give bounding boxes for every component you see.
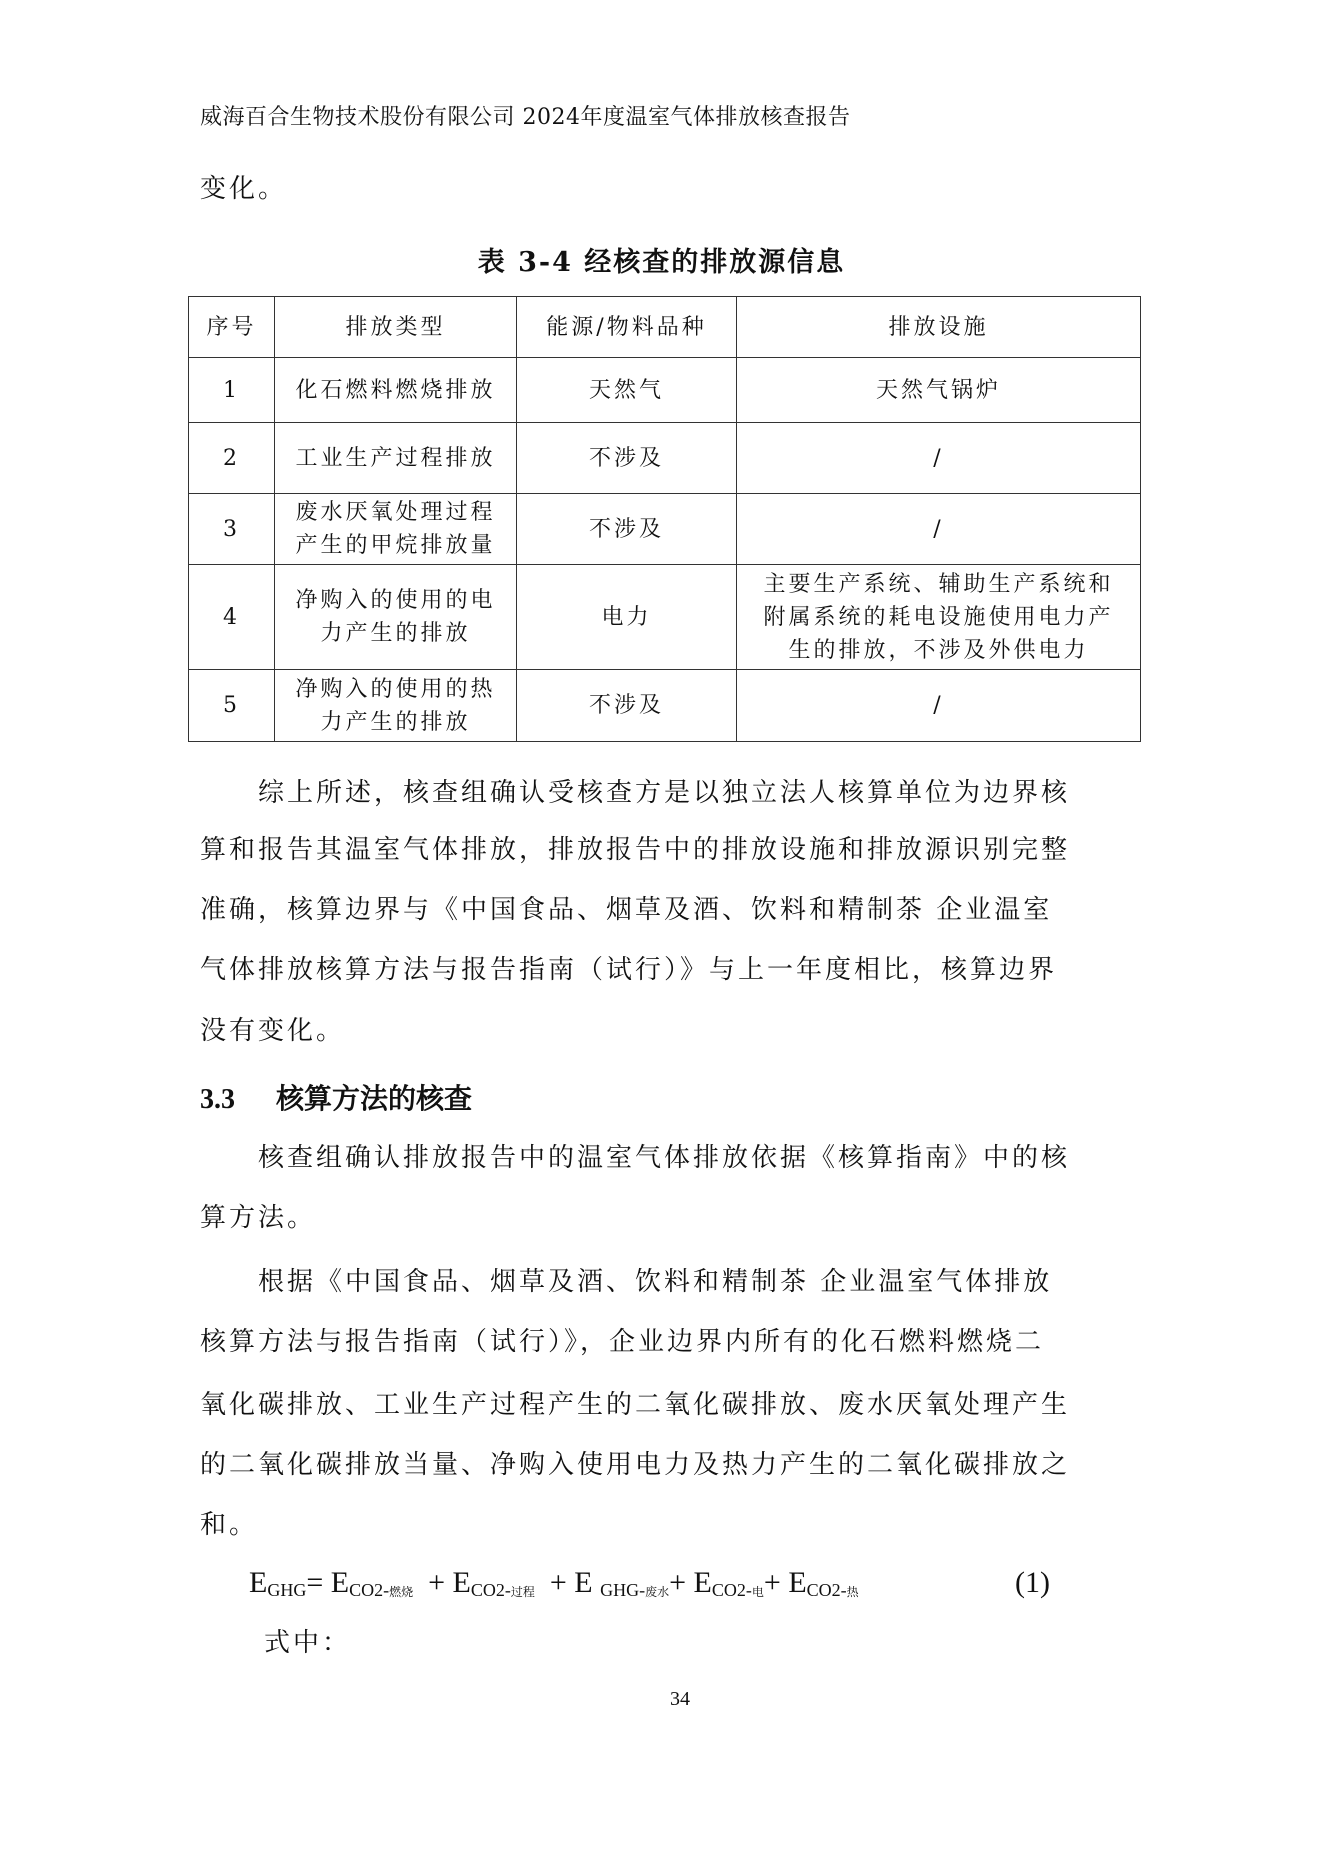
emission-source-table: 序号 排放类型 能源/物料品种 排放设施 1 化石燃料燃烧排放 天然气 天然气锅… <box>188 296 1141 742</box>
paragraph-line: 根据《中国食品、烟草及酒、饮料和精制茶 企业温室气体排放 <box>258 1267 1052 1297</box>
cell-type: 化石燃料燃烧排放 <box>275 358 517 423</box>
running-header: 威海百合生物技术股份有限公司 2024年度温室气体排放核查报告 <box>200 100 850 131</box>
paragraph-line: 核查组确认排放报告中的温室气体排放依据《核算指南》中的核 <box>258 1143 1070 1173</box>
cell-facility: / <box>737 494 1141 565</box>
paragraph-line: 算方法。 <box>200 1203 316 1233</box>
cell-type: 废水厌氧处理过程产生的甲烷排放量 <box>275 494 517 565</box>
paragraph-line: 的二氧化碳排放当量、净购入使用电力及热力产生的二氧化碳排放之 <box>200 1450 1070 1480</box>
column-header: 排放设施 <box>737 297 1141 358</box>
cell-type: 净购入的使用的电力产生的排放 <box>275 565 517 670</box>
column-header: 排放类型 <box>275 297 517 358</box>
cell-no: 2 <box>189 423 275 494</box>
table-row: 4 净购入的使用的电力产生的排放 电力 主要生产系统、辅助生产系统和附属系统的耗… <box>189 565 1141 670</box>
cell-type: 净购入的使用的热力产生的排放 <box>275 670 517 742</box>
cell-no: 3 <box>189 494 275 565</box>
table-row: 5 净购入的使用的热力产生的排放 不涉及 / <box>189 670 1141 742</box>
paragraph-line: 和。 <box>200 1510 258 1540</box>
cell-type: 工业生产过程排放 <box>275 423 517 494</box>
cell-energy: 天然气 <box>517 358 737 423</box>
paragraph-line: 准确，核算边界与《中国食品、烟草及酒、饮料和精制茶 企业温室 <box>200 895 1052 925</box>
paragraph-line: 算和报告其温室气体排放，排放报告中的排放设施和排放源识别完整 <box>200 835 1070 865</box>
cell-no: 1 <box>189 358 275 423</box>
cell-facility: 天然气锅炉 <box>737 358 1141 423</box>
paragraph-line: 氧化碳排放、工业生产过程产生的二氧化碳排放、废水厌氧处理产生 <box>200 1390 1070 1420</box>
where-label: 式中： <box>264 1628 351 1658</box>
table-row: 2 工业生产过程排放 不涉及 / <box>189 423 1141 494</box>
equation: EGHG= ECO2-燃烧 + ECO2-过程 + E GHG-废水+ ECO2… <box>249 1566 859 1601</box>
cell-facility: / <box>737 670 1141 742</box>
carry-over-text: 变化。 <box>200 174 287 204</box>
column-header: 能源/物料品种 <box>517 297 737 358</box>
equation-number: (1) <box>1015 1566 1050 1600</box>
paragraph-line: 核算方法与报告指南（试行）》，企业边界内所有的化石燃料燃烧二 <box>200 1327 1044 1357</box>
cell-facility: / <box>737 423 1141 494</box>
table-caption: 表 3-4 经核查的排放源信息 <box>0 240 1323 279</box>
cell-energy: 不涉及 <box>517 423 737 494</box>
cell-facility: 主要生产系统、辅助生产系统和附属系统的耗电设施使用电力产生的排放，不涉及外供电力 <box>737 565 1141 670</box>
cell-energy: 不涉及 <box>517 670 737 742</box>
paragraph-line: 综上所述，核查组确认受核查方是以独立法人核算单位为边界核 <box>258 778 1070 808</box>
table-header-row: 序号 排放类型 能源/物料品种 排放设施 <box>189 297 1141 358</box>
section-heading: 3.3核算方法的核查 <box>200 1077 472 1117</box>
cell-no: 4 <box>189 565 275 670</box>
paragraph-line: 没有变化。 <box>200 1016 345 1046</box>
section-title: 核算方法的核查 <box>276 1082 472 1115</box>
cell-energy: 电力 <box>517 565 737 670</box>
cell-no: 5 <box>189 670 275 742</box>
paragraph-line: 气体排放核算方法与报告指南（试行）》与上一年度相比，核算边界 <box>200 955 1057 985</box>
table-row: 3 废水厌氧处理过程产生的甲烷排放量 不涉及 / <box>189 494 1141 565</box>
column-header: 序号 <box>189 297 275 358</box>
table-row: 1 化石燃料燃烧排放 天然气 天然气锅炉 <box>189 358 1141 423</box>
section-number: 3.3 <box>200 1084 276 1116</box>
page-number: 34 <box>0 1688 1323 1711</box>
cell-energy: 不涉及 <box>517 494 737 565</box>
